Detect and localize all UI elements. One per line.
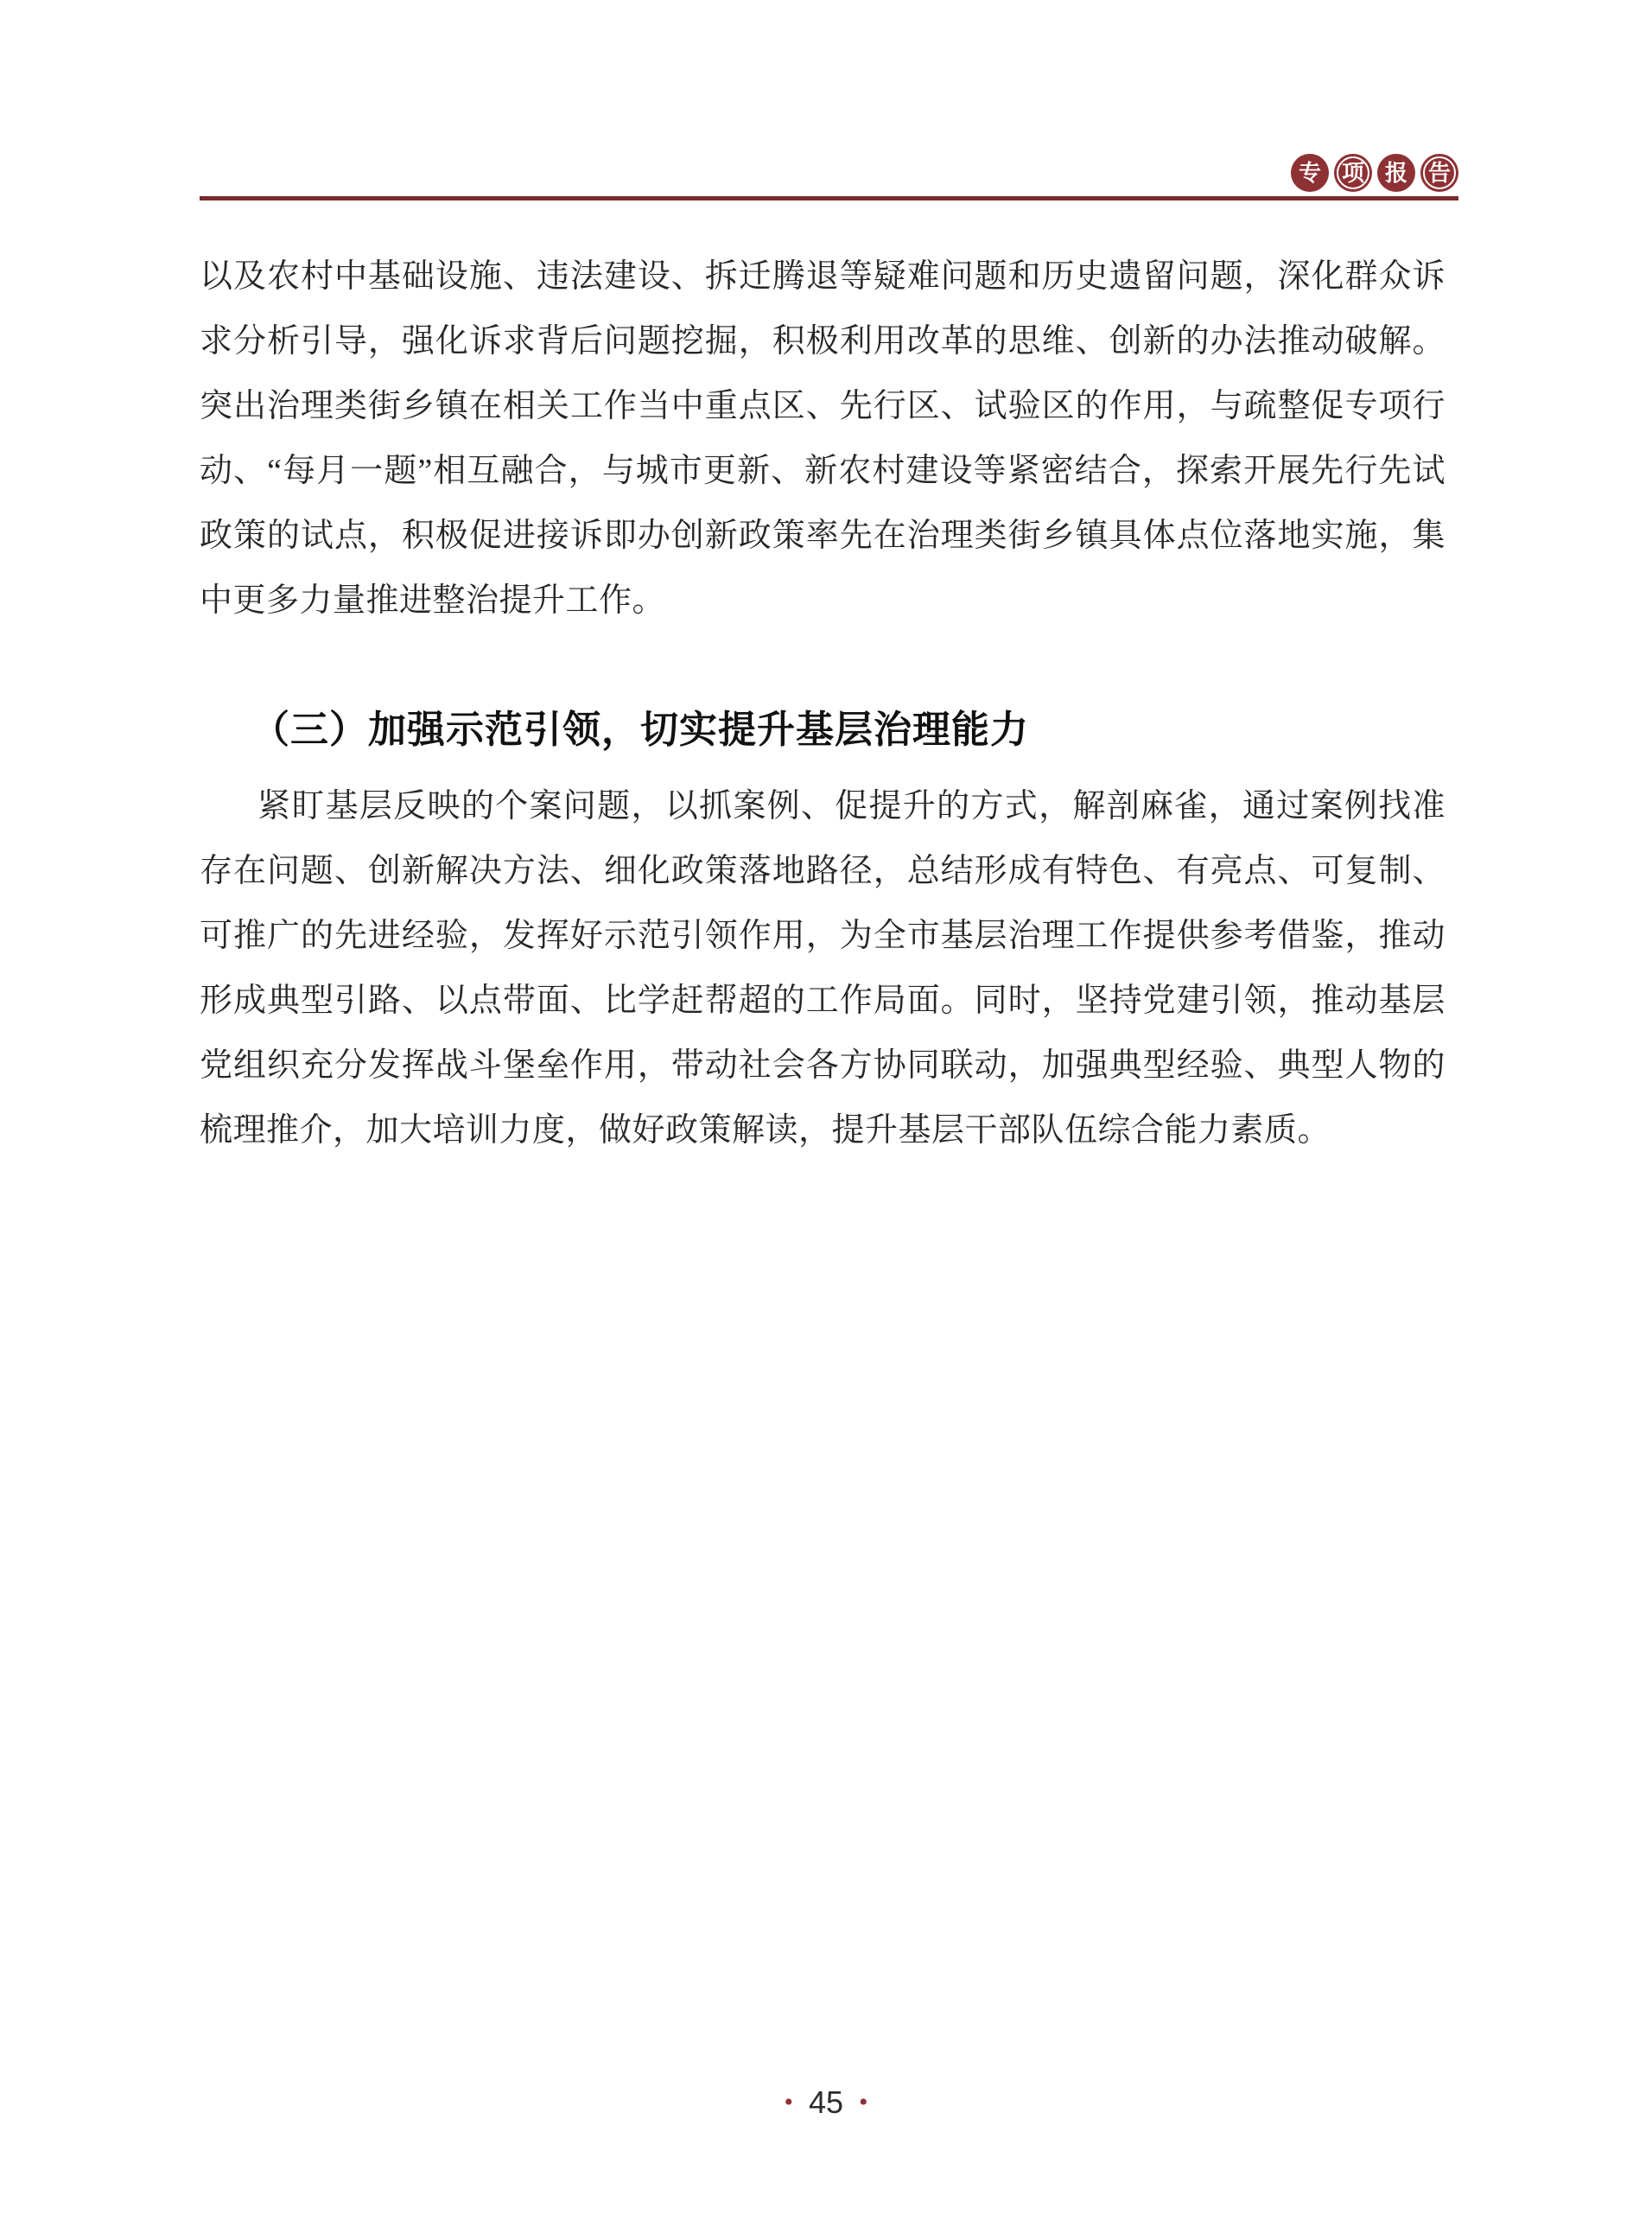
badge-char: 项 xyxy=(1342,162,1364,184)
badge-circle-icon: 告 xyxy=(1420,154,1458,192)
badge-circle-icon: 项 xyxy=(1334,154,1372,192)
badge-char: 告 xyxy=(1428,162,1451,184)
paragraph: 紧盯基层反映的个案问题，以抓案例、促提升的方式，解剖麻雀，通过案例找准存在问题、… xyxy=(200,774,1445,1163)
page-number: 45 xyxy=(809,2084,843,2120)
footer-dot-left-icon: • xyxy=(784,2088,793,2116)
footer-dot-right-icon: • xyxy=(859,2088,868,2116)
section-heading: （三）加强示范引领，切实提升基层治理能力 xyxy=(200,704,1445,756)
badge-circle-icon: 报 xyxy=(1377,154,1415,192)
paragraph-continuation: 以及农村中基础设施、违法建设、拆迁腾退等疑难问题和历史遗留问题，深化群众诉求分析… xyxy=(200,245,1445,633)
badge-char: 专 xyxy=(1299,162,1321,184)
report-type-badge: 专项报告 xyxy=(1291,154,1458,192)
header-rule xyxy=(200,196,1458,200)
badge-char: 报 xyxy=(1385,162,1407,184)
page-footer: •45• xyxy=(0,2087,1652,2118)
page: 专项报告 以及农村中基础设施、违法建设、拆迁腾退等疑难问题和历史遗留问题，深化群… xyxy=(0,0,1652,2240)
badge-circle-icon: 专 xyxy=(1291,154,1329,192)
document-body: 以及农村中基础设施、违法建设、拆迁腾退等疑难问题和历史遗留问题，深化群众诉求分析… xyxy=(200,245,1445,1163)
